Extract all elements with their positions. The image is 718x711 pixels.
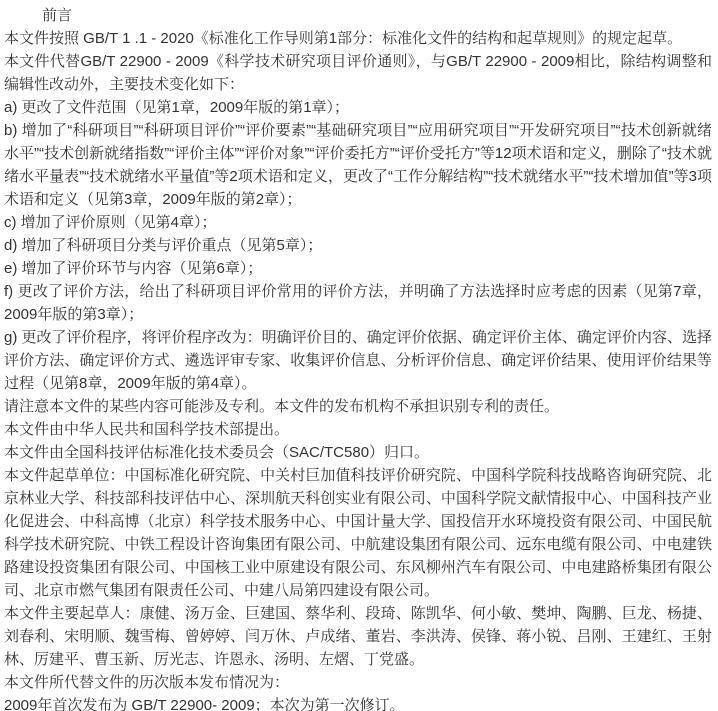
paragraph-replaces-statement: 本文件代替GB/T 22900 - 2009《科学技术研究项目评价通则》，与GB… (4, 50, 712, 96)
change-list-item-f: f) 更改了评价方法，给出了科研项目评价常用的评价方法，并明确了方法选择时应考虑… (4, 280, 712, 326)
paragraph-first-edition: 2009年首次发布为 GB/T 22900- 2009；本次为第一次修订。 (4, 694, 712, 711)
paragraph-drafting-rules: 本文件按照 GB/T 1 .1 - 2020《标准化工作导则第1部分：标准化文件… (4, 27, 712, 50)
paragraph-drafting-organizations: 本文件起草单位：中国标准化研究院、中关村巨加值科技评价研究院、中国科学院科技战略… (4, 464, 712, 602)
change-list-item-g: g) 更改了评价程序，将评价程序改为：明确评价目的、确定评价依据、确定评价主体、… (4, 326, 712, 395)
change-list-item-d: d) 增加了科研项目分类与评价重点（见第5章）； (4, 234, 712, 257)
document-page: 前言 本文件按照 GB/T 1 .1 - 2020《标准化工作导则第1部分：标准… (0, 0, 718, 711)
change-list-item-c: c) 增加了评价原则（见第4章）； (4, 211, 712, 234)
paragraph-patent-notice: 请注意本文件的某些内容可能涉及专利。本文件的发布机构不承担识别专利的责任。 (4, 395, 712, 418)
paragraph-proposed-by: 本文件由中华人民共和国科学技术部提出。 (4, 418, 712, 441)
paragraph-edition-history-intro: 本文件所代替文件的历次版本发布情况为： (4, 671, 712, 694)
paragraph-main-drafters: 本文件主要起草人：康健、汤万金、巨建国、蔡华利、段琦、陈凯华、何小敏、樊坤、陶鹏… (4, 602, 712, 671)
preface-title: 前言 (4, 4, 712, 27)
change-list-item-a: a) 更改了文件范围（见第1章，2009年版的第1章）； (4, 96, 712, 119)
change-list-item-e: e) 增加了评价环节与内容（见第6章）； (4, 257, 712, 280)
change-list-item-b: b) 增加了“科研项目”“科研项目评价”“评价要素”“基础研究项目”“应用研究项… (4, 119, 712, 211)
paragraph-centralized-by: 本文件由全国科技评估标准化技术委员会（SAC/TC580）归口。 (4, 441, 712, 464)
